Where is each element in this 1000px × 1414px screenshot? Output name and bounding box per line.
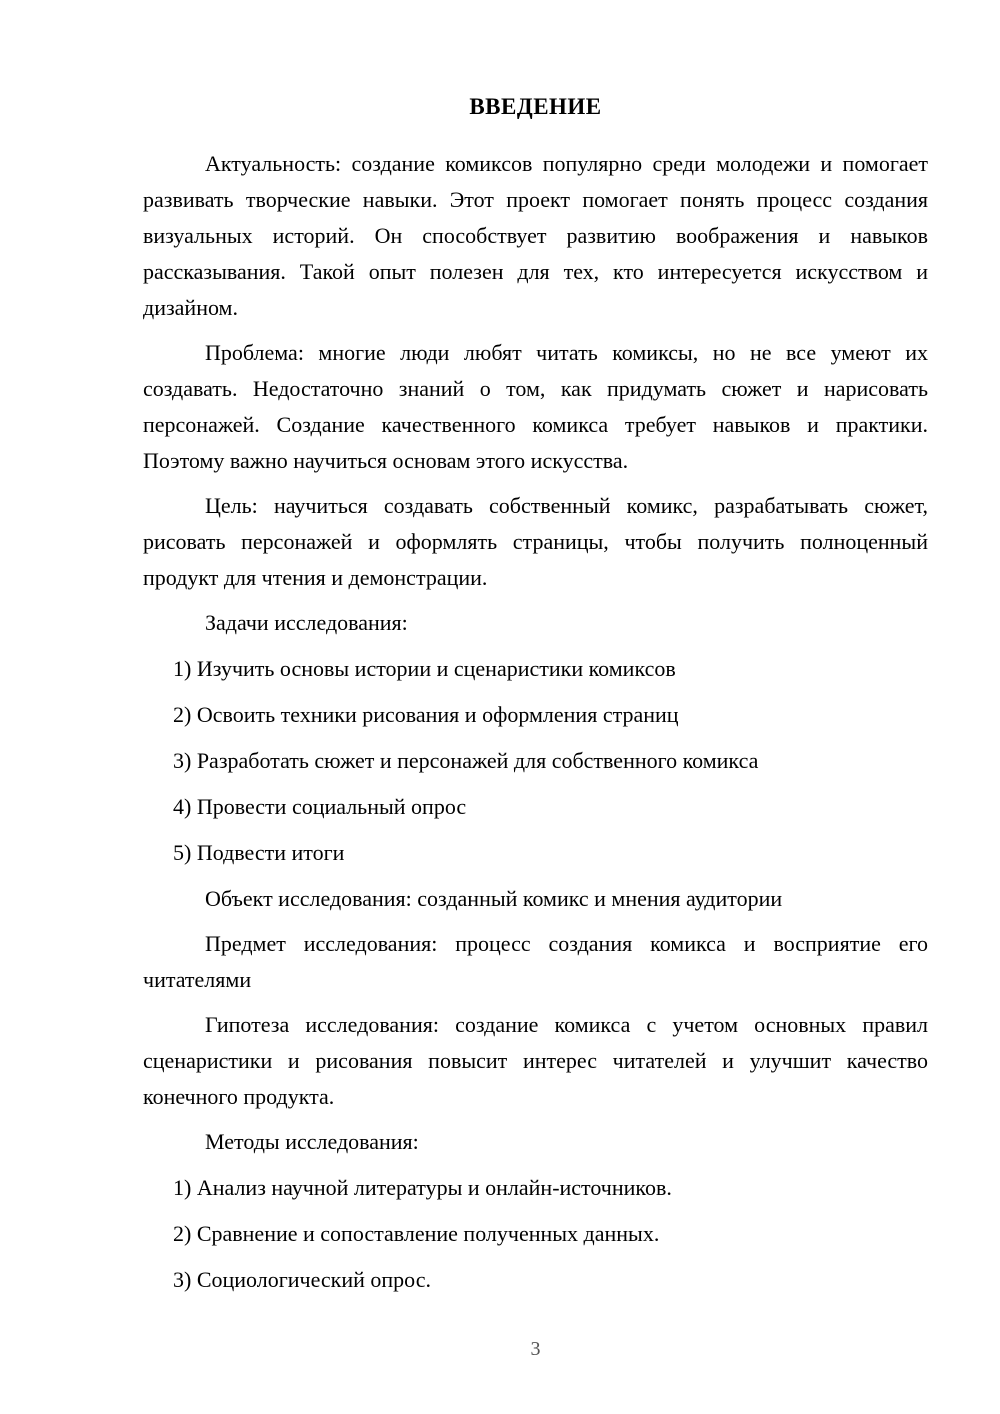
methods-heading: Методы исследования: [143,1124,928,1160]
page-title: ВВЕДЕНИЕ [143,92,928,122]
paragraph-tsel: Цель: научиться создавать собственный ко… [143,488,928,596]
paragraph-gipoteza: Гипотеза исследования: создание комикса … [143,1007,928,1115]
paragraph-aktualnost: Актуальность: создание комиксов популярн… [143,146,928,326]
method-item-2: 2) Сравнение и сопоставление полученных … [143,1216,928,1252]
paragraph-problema: Проблема: многие люди любят читать комик… [143,335,928,479]
task-item-4: 4) Провести социальный опрос [143,789,928,825]
paragraph-predmet: Предмет исследования: процесс создания к… [143,926,928,998]
task-item-1: 1) Изучить основы истории и сценаристики… [143,651,928,687]
method-item-1: 1) Анализ научной литературы и онлайн-ис… [143,1170,928,1206]
tasks-heading: Задачи исследования: [143,605,928,641]
page-number: 3 [143,1336,928,1362]
task-item-2: 2) Освоить техники рисования и оформлени… [143,697,928,733]
method-item-3: 3) Социологический опрос. [143,1262,928,1298]
document-page: ВВЕДЕНИЕ Актуальность: создание комиксов… [0,0,1000,1414]
paragraph-obekt: Объект исследования: созданный комикс и … [143,881,928,917]
task-item-5: 5) Подвести итоги [143,835,928,871]
task-item-3: 3) Разработать сюжет и персонажей для со… [143,743,928,779]
